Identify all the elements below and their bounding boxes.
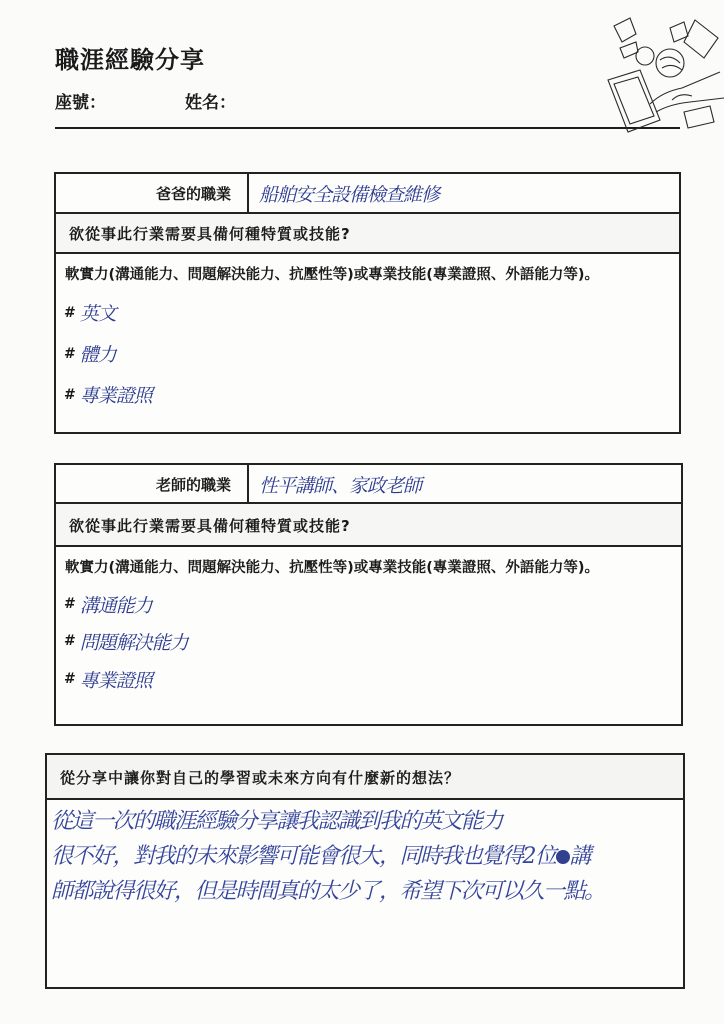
seat-label: 座號： xyxy=(55,88,106,113)
skill-item: # 體力 xyxy=(64,333,667,374)
reflection-answer-text: 很不好，對我的未來影響可能會很大，同時我也覺得2位 xyxy=(51,844,556,869)
occupation-label: 爸爸的職業 xyxy=(56,174,249,213)
skill-text: 專業證照 xyxy=(80,666,152,693)
reflection-question: 從分享中讓你對自己的學習或未來方向有什麼新的想法？ xyxy=(47,755,683,799)
skills-prompt: 軟實力(溝通能力、問題解決能力、抗壓性等)或專業技能(專業證照、外語能力等)。 xyxy=(65,555,669,582)
skill-text: 體力 xyxy=(80,340,116,367)
scribble-mark xyxy=(556,850,570,864)
reflection-answer-line: 很不好，對我的未來影響可能會很大，同時我也覺得2位講 xyxy=(51,839,677,874)
skill-item: # 溝通能力 xyxy=(64,585,669,623)
occupation-row: 爸爸的職業 船舶安全設備檢查維修 xyxy=(56,174,679,213)
skills-prompt: 軟實力(溝通能力、問題解決能力、抗壓性等)或專業技能(專業證照、外語能力等)。 xyxy=(65,262,667,289)
header-divider xyxy=(55,127,680,129)
hash-mark: # xyxy=(64,633,76,649)
skill-text: 問題解決能力 xyxy=(80,628,188,655)
skills-question: 欲從事此行業需要具備何種特質或技能? xyxy=(56,212,679,253)
skill-item: # 專業證照 xyxy=(64,374,667,415)
name-field[interactable] xyxy=(250,86,350,108)
reflection-answer-line: 從這一次的職涯經驗分享讓我認識到我的英文能力 xyxy=(51,804,677,839)
hash-mark: # xyxy=(64,671,76,687)
skill-text: 溝通能力 xyxy=(80,591,152,618)
reflection-answer-line: 師都說得很好，但是時間真的太少了，希望下次可以久一點。 xyxy=(51,874,677,909)
occupation-value[interactable]: 性平講師、家政老師 xyxy=(249,465,681,503)
occupation-value[interactable]: 船舶安全設備檢查維修 xyxy=(249,174,679,213)
name-label: 姓名： xyxy=(185,88,236,113)
reflection-answer-text: 講 xyxy=(570,844,591,869)
page-title: 職涯經驗分享 xyxy=(55,40,205,75)
skill-item: # 問題解決能力 xyxy=(64,623,669,659)
occupation-row: 老師的職業 性平講師、家政老師 xyxy=(56,465,681,503)
skill-text: 英文 xyxy=(80,299,116,326)
hash-mark: # xyxy=(64,596,76,612)
teacher-occupation-table: 老師的職業 性平講師、家政老師 欲從事此行業需要具備何種特質或技能? 軟實力(溝… xyxy=(54,463,683,726)
reflection-answer-area[interactable]: 從這一次的職涯經驗分享讓我認識到我的英文能力 很不好，對我的未來影響可能會很大，… xyxy=(47,798,683,987)
skill-item: # 專業證照 xyxy=(64,659,669,699)
skill-item: # 英文 xyxy=(64,292,667,333)
skills-answer-area[interactable]: 軟實力(溝通能力、問題解決能力、抗壓性等)或專業技能(專業證照、外語能力等)。 … xyxy=(56,252,679,432)
line-art-desk-icon xyxy=(600,8,724,133)
skills-answer-area[interactable]: 軟實力(溝通能力、問題解決能力、抗壓性等)或專業技能(專業證照、外語能力等)。 … xyxy=(56,545,681,724)
reflection-table: 從分享中讓你對自己的學習或未來方向有什麼新的想法？ 從這一次的職涯經驗分享讓我認… xyxy=(45,753,685,989)
hash-mark: # xyxy=(64,387,76,403)
skills-question: 欲從事此行業需要具備何種特質或技能? xyxy=(56,502,681,546)
hash-mark: # xyxy=(64,305,76,321)
hash-mark: # xyxy=(64,346,76,362)
skill-text: 專業證照 xyxy=(80,381,152,408)
occupation-label: 老師的職業 xyxy=(56,465,249,503)
father-occupation-table: 爸爸的職業 船舶安全設備檢查維修 欲從事此行業需要具備何種特質或技能? 軟實力(… xyxy=(54,172,681,434)
